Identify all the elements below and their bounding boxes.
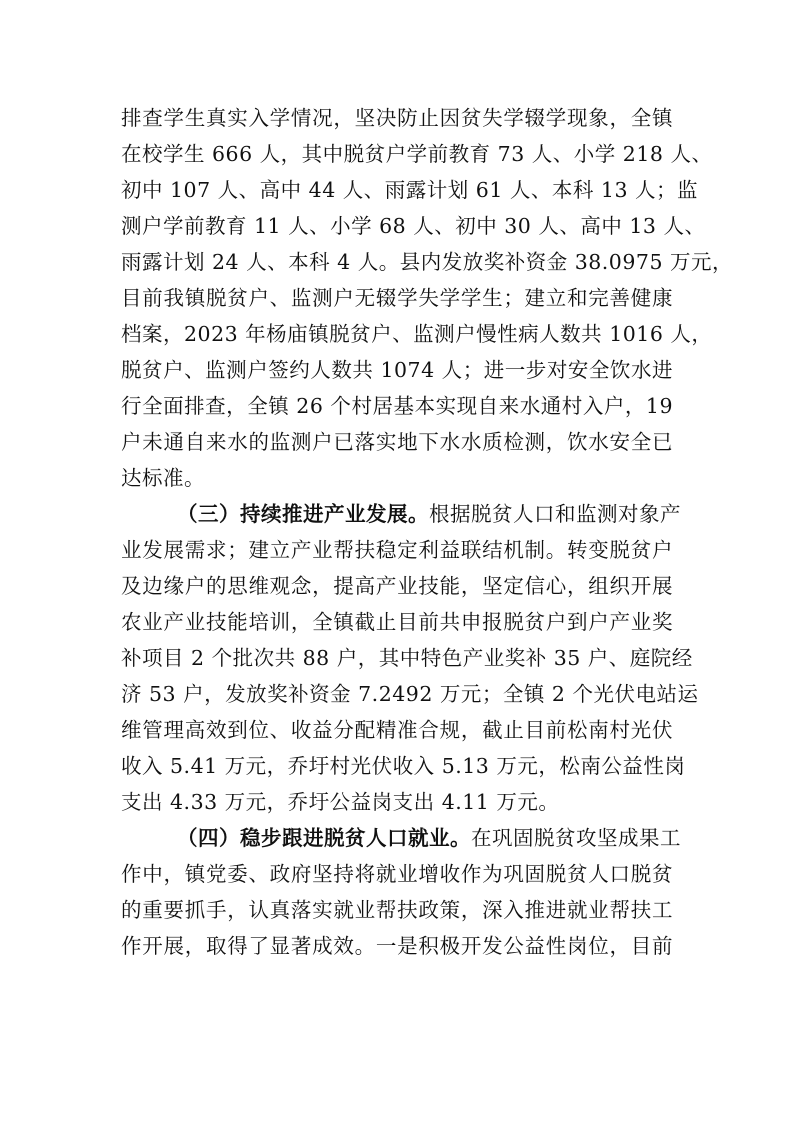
paragraph-industry-development: （三）持续推进产业发展。根据脱贫人口和监测对象产 业发展需求；建立产业帮扶稳定利… bbox=[121, 496, 673, 820]
text-line: 目前我镇脱贫户、监测户无辍学失学学生；建立和完善健康 bbox=[121, 280, 673, 316]
section-heading: （三）持续推进产业发展。 bbox=[177, 502, 429, 526]
text-line: 脱贫户、监测户签约人数共 1074 人；进一步对安全饮水进 bbox=[121, 352, 673, 388]
text-line: 达标准。 bbox=[121, 460, 673, 496]
text-line: 行全面排查，全镇 26 个村居基本实现自来水通村入户，19 bbox=[121, 388, 673, 424]
text-line: 在校学生 666 人，其中脱贫户学前教育 73 人、小学 218 人、 bbox=[121, 136, 673, 172]
text-line: 作中，镇党委、政府坚持将就业增收作为巩固脱贫人口脱贫 bbox=[121, 856, 673, 892]
paragraph-employment: （四）稳步跟进脱贫人口就业。在巩固脱贫攻坚成果工 作中，镇党委、政府坚持将就业增… bbox=[121, 820, 673, 964]
text-line: 收入 5.41 万元，乔圩村光伏收入 5.13 万元，松南公益性岗 bbox=[121, 748, 673, 784]
text-line: 档案，2023 年杨庙镇脱贫户、监测户慢性病人数共 1016 人， bbox=[121, 316, 673, 352]
text-run: 在巩固脱贫攻坚成果工 bbox=[471, 826, 681, 850]
text-line: 维管理高效到位、收益分配精准合规，截止目前松南村光伏 bbox=[121, 712, 673, 748]
text-line: 排查学生真实入学情况，坚决防止因贫失学辍学现象，全镇 bbox=[121, 100, 673, 136]
text-line: 及边缘户的思维观念，提高产业技能，坚定信心，组织开展 bbox=[121, 568, 673, 604]
text-line: 支出 4.33 万元，乔圩公益岗支出 4.11 万元。 bbox=[121, 784, 673, 820]
text-line-with-heading: （三）持续推进产业发展。根据脱贫人口和监测对象产 bbox=[121, 496, 673, 532]
text-run: 根据脱贫人口和监测对象产 bbox=[429, 502, 681, 526]
text-line: 补项目 2 个批次共 88 户，其中特色产业奖补 35 户、庭院经 bbox=[121, 640, 673, 676]
section-heading: （四）稳步跟进脱贫人口就业。 bbox=[177, 826, 471, 850]
text-line: 的重要抓手，认真落实就业帮扶政策，深入推进就业帮扶工 bbox=[121, 892, 673, 928]
text-line: 作开展，取得了显著成效。一是积极开发公益性岗位，目前 bbox=[121, 928, 673, 964]
text-line: 业发展需求；建立产业帮扶稳定利益联结机制。转变脱贫户 bbox=[121, 532, 673, 568]
text-line: 济 53 户，发放奖补资金 7.2492 万元；全镇 2 个光伏电站运 bbox=[121, 676, 673, 712]
paragraph-education-health-water: 排查学生真实入学情况，坚决防止因贫失学辍学现象，全镇 在校学生 666 人，其中… bbox=[121, 100, 673, 496]
text-line: 户未通自来水的监测户已落实地下水水质检测，饮水安全已 bbox=[121, 424, 673, 460]
text-line: 测户学前教育 11 人、小学 68 人、初中 30 人、高中 13 人、 bbox=[121, 208, 673, 244]
text-line: 雨露计划 24 人、本科 4 人。县内发放奖补资金 38.0975 万元， bbox=[121, 244, 673, 280]
text-line: 初中 107 人、高中 44 人、雨露计划 61 人、本科 13 人；监 bbox=[121, 172, 673, 208]
text-line: 农业产业技能培训，全镇截止目前共申报脱贫户到户产业奖 bbox=[121, 604, 673, 640]
document-page: 排查学生真实入学情况，坚决防止因贫失学辍学现象，全镇 在校学生 666 人，其中… bbox=[121, 100, 673, 964]
text-line-with-heading: （四）稳步跟进脱贫人口就业。在巩固脱贫攻坚成果工 bbox=[121, 820, 673, 856]
